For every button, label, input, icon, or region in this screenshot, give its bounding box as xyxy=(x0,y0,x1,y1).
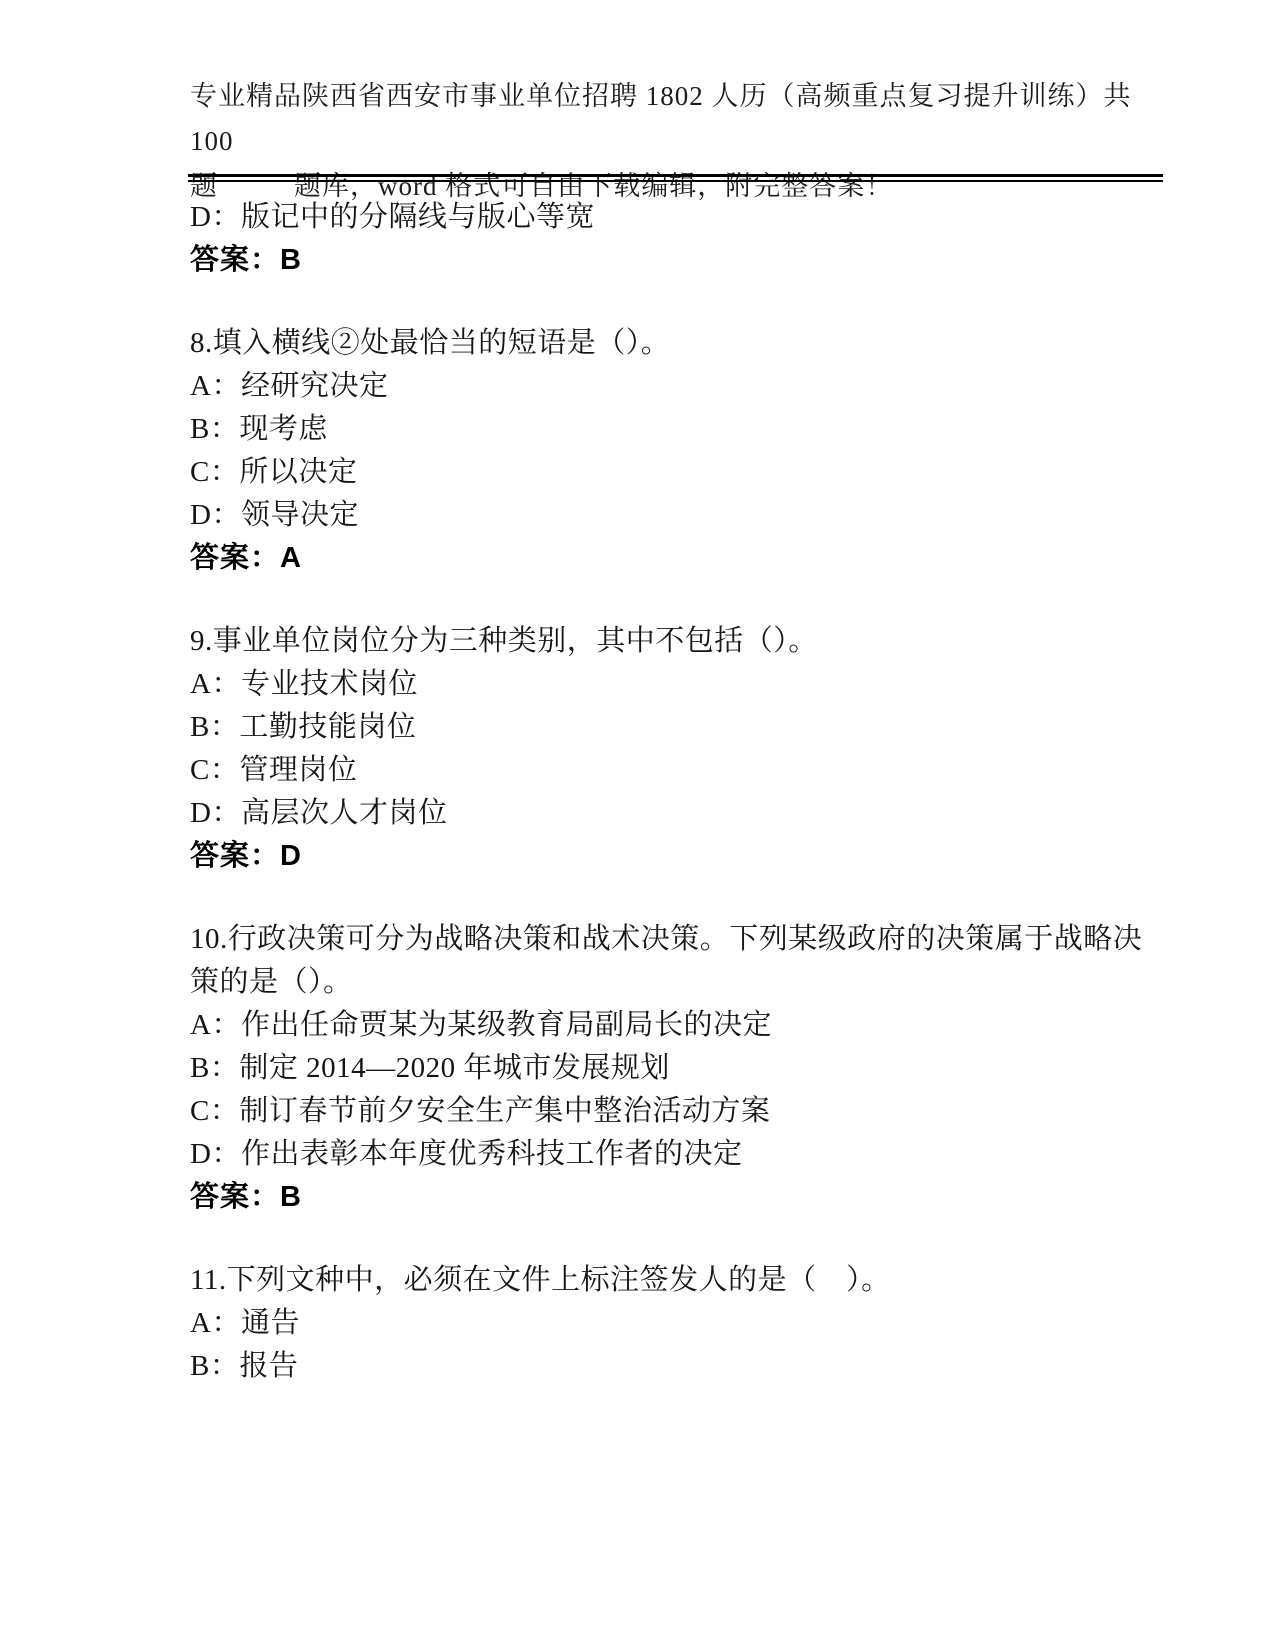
question-8-stem: 8.填入横线②处最恰当的短语是（）。 xyxy=(190,322,1155,365)
header-divider-double-rule xyxy=(188,174,1163,182)
question-9-option-b: B：工勤技能岗位 xyxy=(190,706,1155,749)
question-10-stem: 10.行政决策可分为战略决策和战术决策。下列某级政府的决策属于战略决策的是（）。 xyxy=(190,918,1155,1004)
question-9: 9.事业单位岗位分为三种类别，其中不包括（）。 A：专业技术岗位 B：工勤技能岗… xyxy=(190,620,1155,878)
question-10-option-b: B：制定 2014—2020 年城市发展规划 xyxy=(190,1047,1155,1090)
question-8-option-d: D：领导决定 xyxy=(190,494,1155,537)
question-8-option-a: A：经研究决定 xyxy=(190,365,1155,408)
header-line-1: 专业精品陕西省西安市事业单位招聘 1802 人历（高频重点复习提升训练）共 10… xyxy=(190,74,1165,164)
question-11-option-b: B：报告 xyxy=(190,1345,1155,1388)
question-10-option-a: A：作出任命贾某为某级教育局副局长的决定 xyxy=(190,1004,1155,1047)
paragraph-gap xyxy=(190,1219,1155,1259)
question-8-answer: 答案：A xyxy=(190,537,1155,580)
question-9-stem: 9.事业单位岗位分为三种类别，其中不包括（）。 xyxy=(190,620,1155,663)
document-header: 专业精品陕西省西安市事业单位招聘 1802 人历（高频重点复习提升训练）共 10… xyxy=(190,74,1165,209)
question-10-option-d: D：作出表彰本年度优秀科技工作者的决定 xyxy=(190,1133,1155,1176)
question-10-answer: 答案：B xyxy=(190,1176,1155,1219)
question-10-option-c: C：制订春节前夕安全生产集中整治活动方案 xyxy=(190,1090,1155,1133)
question-8-option-b: B：现考虑 xyxy=(190,408,1155,451)
question-7-carryover: D：版记中的分隔线与版心等宽 答案：B xyxy=(190,196,1155,282)
question-11-stem: 11.下列文种中，必须在文件上标注签发人的是（ ）。 xyxy=(190,1259,1155,1302)
paragraph-gap xyxy=(190,580,1155,620)
paragraph-gap xyxy=(190,878,1155,918)
question-9-option-c: C：管理岗位 xyxy=(190,749,1155,792)
question-11: 11.下列文种中，必须在文件上标注签发人的是（ ）。 A：通告 B：报告 xyxy=(190,1259,1155,1388)
document-body: D：版记中的分隔线与版心等宽 答案：B 8.填入横线②处最恰当的短语是（）。 A… xyxy=(190,196,1155,1388)
question-7-option-d: D：版记中的分隔线与版心等宽 xyxy=(190,196,1155,239)
question-9-answer: 答案：D xyxy=(190,835,1155,878)
document-page: 专业精品陕西省西安市事业单位招聘 1802 人历（高频重点复习提升训练）共 10… xyxy=(0,0,1275,1650)
question-9-option-a: A：专业技术岗位 xyxy=(190,663,1155,706)
question-8: 8.填入横线②处最恰当的短语是（）。 A：经研究决定 B：现考虑 C：所以决定 … xyxy=(190,322,1155,580)
question-8-option-c: C：所以决定 xyxy=(190,451,1155,494)
paragraph-gap xyxy=(190,282,1155,322)
question-9-option-d: D：高层次人才岗位 xyxy=(190,792,1155,835)
question-10: 10.行政决策可分为战略决策和战术决策。下列某级政府的决策属于战略决策的是（）。… xyxy=(190,918,1155,1219)
question-11-option-a: A：通告 xyxy=(190,1302,1155,1345)
question-7-answer: 答案：B xyxy=(190,239,1155,282)
